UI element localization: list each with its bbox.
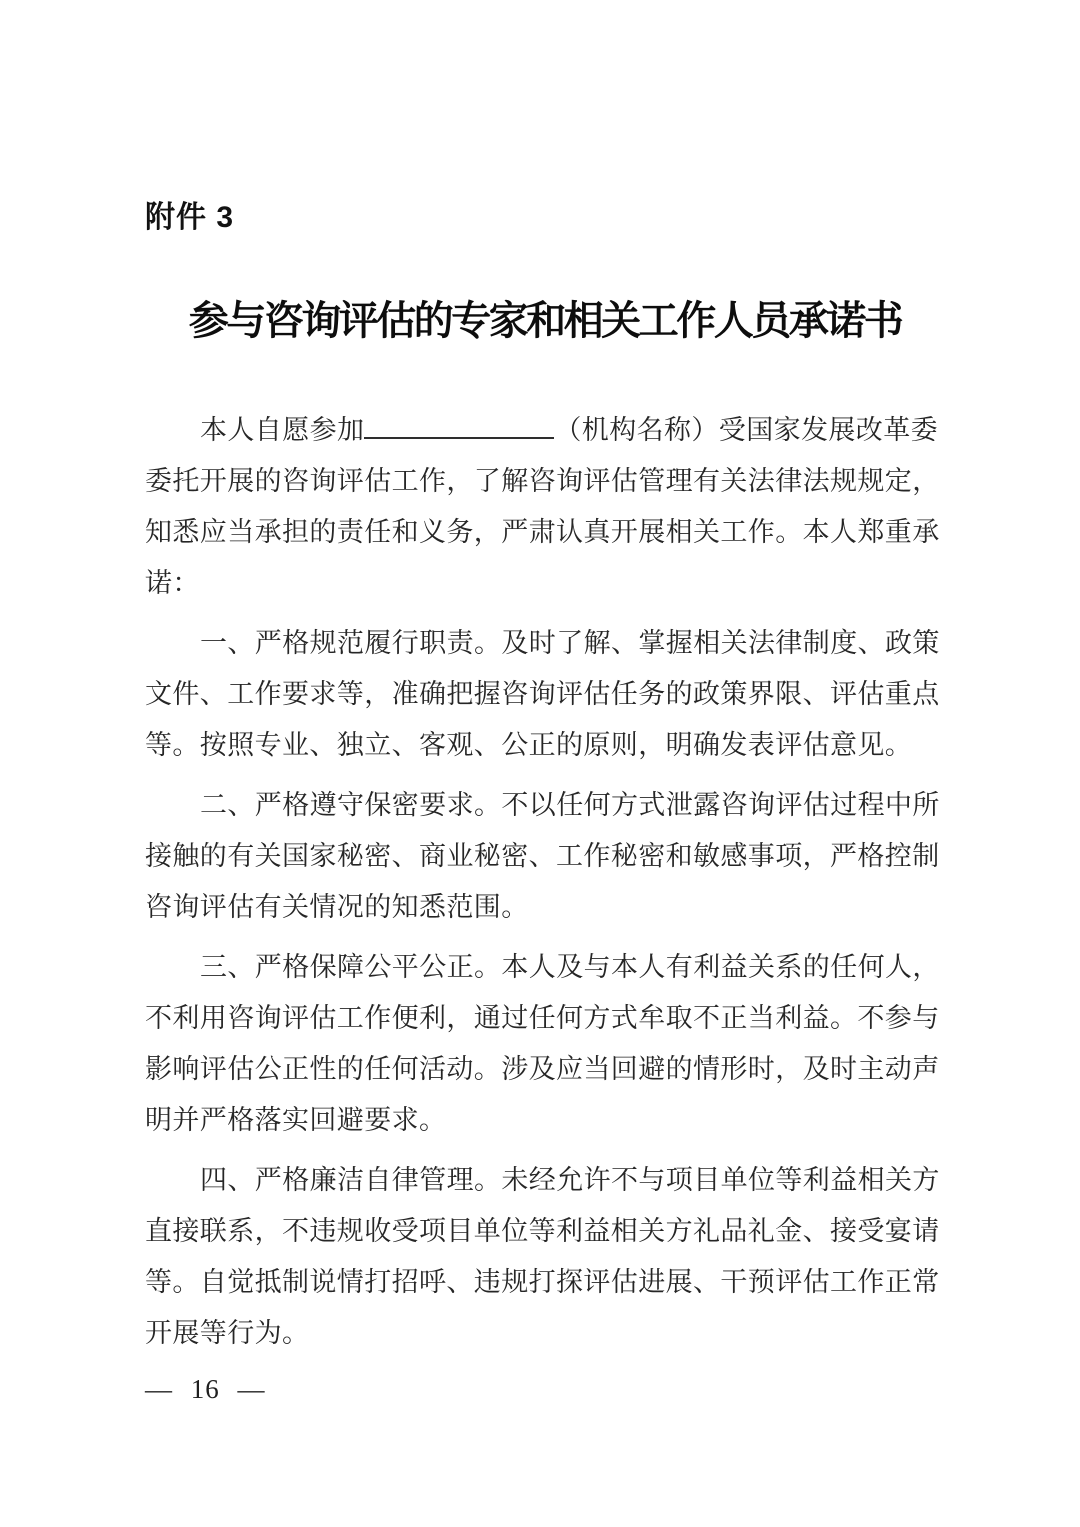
text-line: 等。按照专业、独立、客观、公正的原则，明确发表评估意见。: [145, 720, 945, 771]
text-line: 直接联系，不违规收受项目单位等利益相关方礼品礼金、接受宴请: [145, 1206, 945, 1257]
document-body: 本人自愿参加（机构名称）受国家发展改革委 委托开展的咨询评估工作，了解咨询评估管…: [145, 405, 945, 1359]
commitment-paragraph-3: 三、严格保障公平公正。本人及与本人有利益关系的任何人， 不利用咨询评估工作便利，…: [145, 942, 945, 1146]
commitment-paragraph-4: 四、严格廉洁自律管理。未经允许不与项目单位等利益相关方 直接联系，不违规收受项目…: [145, 1155, 945, 1359]
text-line: 咨询评估有关情况的知悉范围。: [145, 882, 945, 933]
document-page: 附件 3 参与咨询评估的专家和相关工作人员承诺书 本人自愿参加（机构名称）受国家…: [0, 0, 1080, 1527]
text-line: 不利用咨询评估工作便利，通过任何方式牟取不正当利益。不参与: [145, 993, 945, 1044]
text-line: 诺：: [145, 558, 945, 609]
text-line: 委托开展的咨询评估工作，了解咨询评估管理有关法律法规规定，: [145, 456, 945, 507]
intro-line-1: 本人自愿参加（机构名称）受国家发展改革委: [145, 405, 945, 456]
document-title: 参与咨询评估的专家和相关工作人员承诺书: [145, 289, 945, 346]
text-line: 一、严格规范履行职责。及时了解、掌握相关法律制度、政策: [145, 618, 945, 669]
text-line: 二、严格遵守保密要求。不以任何方式泄露咨询评估过程中所: [145, 780, 945, 831]
text-line: 开展等行为。: [145, 1308, 945, 1359]
intro-line-1-suffix: （机构名称）受国家发展改革委: [554, 415, 938, 445]
attachment-label: 附件 3: [145, 192, 234, 236]
text-line: 明并严格落实回避要求。: [145, 1095, 945, 1146]
commitment-paragraph-2: 二、严格遵守保密要求。不以任何方式泄露咨询评估过程中所 接触的有关国家秘密、商业…: [145, 780, 945, 933]
text-line: 文件、工作要求等，准确把握咨询评估任务的政策界限、评估重点: [145, 669, 945, 720]
text-line: 影响评估公正性的任何活动。涉及应当回避的情形时，及时主动声: [145, 1044, 945, 1095]
text-line: 四、严格廉洁自律管理。未经允许不与项目单位等利益相关方: [145, 1155, 945, 1206]
fill-in-blank-underline: [364, 411, 554, 439]
text-line: 知悉应当承担的责任和义务，严肃认真开展相关工作。本人郑重承: [145, 507, 945, 558]
text-line: 等。自觉抵制说情打招呼、违规打探评估进展、干预评估工作正常: [145, 1257, 945, 1308]
page-number-footer: — 16 —: [145, 1374, 266, 1405]
text-line: 三、严格保障公平公正。本人及与本人有利益关系的任何人，: [145, 942, 945, 993]
text-line: 接触的有关国家秘密、商业秘密、工作秘密和敏感事项，严格控制: [145, 831, 945, 882]
commitment-paragraph-1: 一、严格规范履行职责。及时了解、掌握相关法律制度、政策 文件、工作要求等，准确把…: [145, 618, 945, 771]
intro-line-1-prefix: 本人自愿参加: [200, 415, 364, 445]
